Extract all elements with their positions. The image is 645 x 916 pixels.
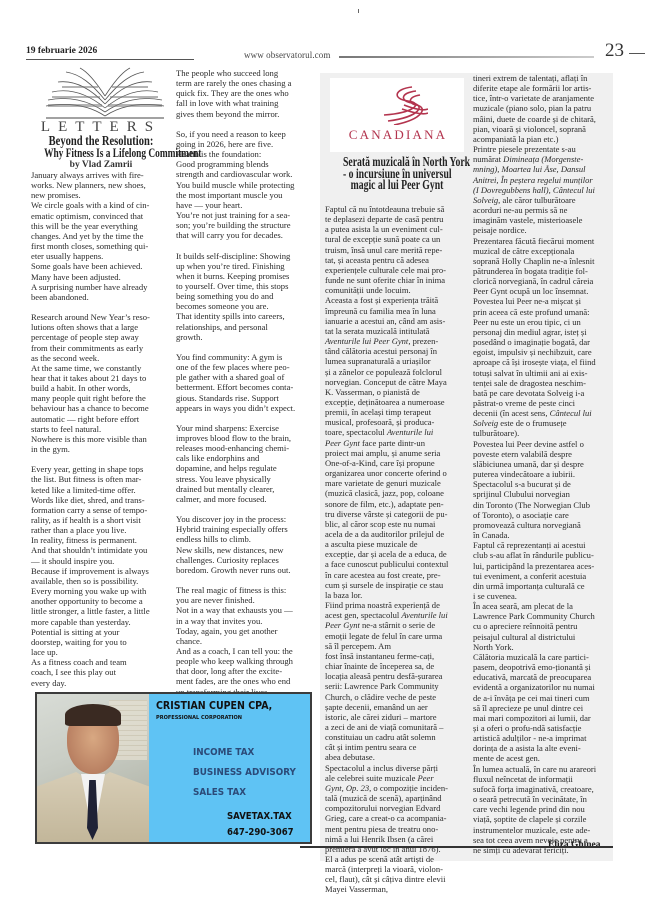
text-line: clorică norvegiană, în cadrul căreia bbox=[473, 276, 618, 286]
text-line: ematic optimism, convinced that bbox=[31, 211, 176, 221]
text-line: pasem, deopotrivă emo-ționantă și bbox=[473, 662, 618, 672]
text-line: soprană Holly Chaplin ne-a înlesnit bbox=[473, 256, 618, 266]
text-line: să îl aprecieze pe unul dintre cei bbox=[473, 703, 618, 713]
text-line: Peer Gynt ne-a stârnit o serie de bbox=[325, 620, 470, 630]
text-line: blic, al căror scop este nu numai bbox=[325, 519, 470, 529]
text-line: A surprising number have already bbox=[31, 282, 176, 292]
text-line: decenii (în acest sens, Cântecul lui bbox=[473, 408, 618, 418]
text-line: calmer, and more focused. bbox=[176, 494, 316, 504]
text-line: să îl percepem. Am bbox=[325, 641, 470, 651]
text-line: bată pe care devotata Solveig i-a bbox=[473, 388, 618, 398]
text-line: dopamine, and helps regulate bbox=[176, 463, 316, 473]
text-line: fost însă instantaneu ferme-cați, bbox=[325, 651, 470, 661]
text-line: egoist, impulsiv și nechibzuit, care bbox=[473, 347, 618, 357]
text-line: as the second week. bbox=[31, 353, 176, 363]
text-line: fluxul neîncetat de informații bbox=[473, 774, 618, 784]
text-line: tui eveniment, a conferit acestuia bbox=[473, 571, 618, 581]
hair-shape bbox=[65, 704, 121, 726]
text-line: strength and cardiovascular work. bbox=[176, 169, 316, 179]
text-line: Printre piesele prezentate s-au bbox=[473, 144, 618, 154]
text-line: North York. bbox=[473, 642, 618, 652]
text-line: tice, într-o varietate de aranjamente bbox=[473, 93, 618, 103]
advertiser-name: CRISTIAN CUPEN CPA, bbox=[156, 700, 272, 712]
text-line: aproape că își irosește viața, el fiind bbox=[473, 357, 618, 367]
text-line: So, if you need a reason to keep bbox=[176, 129, 316, 139]
text-line: challenges. Curiosity replaces bbox=[176, 555, 316, 565]
text-line: de a-i învăța pe cei mai tineri cum bbox=[473, 693, 618, 703]
text-line: cel, flaut), cât și câțiva dintre elevii bbox=[325, 874, 470, 884]
text-line: promovează cultura norvegiană bbox=[473, 520, 618, 530]
text-line: lace up. bbox=[31, 647, 176, 657]
text-line: every day. bbox=[31, 678, 176, 688]
paragraph-gap bbox=[176, 119, 316, 129]
text-line: that door, long after the excite- bbox=[176, 666, 316, 676]
divider bbox=[629, 53, 645, 54]
text-line: pătrunderea în bogata tradiție fol- bbox=[473, 266, 618, 276]
text-line: You build muscle while protecting bbox=[176, 180, 316, 190]
text-line: cât și intim pentru seara ce bbox=[325, 742, 470, 752]
text-line: musical, profesoară, și produca- bbox=[325, 417, 470, 427]
text-line: Nowhere is this more visible than bbox=[31, 434, 176, 444]
issue-date: 19 februarie 2026 bbox=[26, 46, 97, 56]
text-line: (I Dovregubbens hall), Cântecul lui bbox=[473, 185, 618, 195]
text-line: January always arrives with fire- bbox=[31, 170, 176, 180]
canadiana-swoosh-icon bbox=[374, 85, 428, 125]
text-line: păstrat-o vreme de peste cinci bbox=[473, 398, 618, 408]
text-line: tat la serata muzicală intitulată bbox=[325, 326, 470, 336]
text-line: behaviour has a chance to become bbox=[31, 403, 176, 413]
text-line: term are rarely the ones chasing a bbox=[176, 78, 316, 88]
title-line-2: Why Fitness Is a Lifelong Commitment bbox=[44, 147, 158, 159]
text-line: acorduri ne-au permis să ne bbox=[473, 205, 618, 215]
text-line: being something you do and bbox=[176, 291, 316, 301]
text-line: a asculta piese muzicale de bbox=[325, 539, 470, 549]
text-line: Grieg, care a creat-o ca acompania- bbox=[325, 813, 470, 823]
text-line: hear that it takes about 21 days to bbox=[31, 373, 176, 383]
text-line: puterea vindecătoare a iubirii. bbox=[473, 469, 618, 479]
text-line: Spectacolul a inclus diverse părți bbox=[325, 763, 470, 773]
service-sales-tax: SALES TAX bbox=[193, 787, 246, 798]
text-line: Gynt, Op. 23, o compoziție inciden- bbox=[325, 783, 470, 793]
paragraph-gap bbox=[31, 302, 176, 312]
text-line: that will carry you for decades. bbox=[176, 230, 316, 240]
canadiana-column-1: Faptul că nu întotdeauna trebuie săte de… bbox=[325, 204, 470, 895]
text-line: cum și sursele de inspirație ce stau bbox=[325, 580, 470, 590]
text-line: We circle goals with a kind of cin- bbox=[31, 200, 176, 210]
service-income-tax: INCOME TAX bbox=[193, 747, 254, 758]
text-line: cu o apreciere reînnoită pentru bbox=[473, 621, 618, 631]
text-line: ple gather with a shared goal of bbox=[176, 372, 316, 382]
text-line: Because if improvement is always bbox=[31, 566, 176, 576]
text-line: la baza lor. bbox=[325, 590, 470, 600]
canadiana-column-2: tineri extrem de talentați, aflați îndif… bbox=[473, 73, 618, 855]
text-line: You find community: A gym is bbox=[176, 352, 316, 362]
text-line: tenței sale de dragostea neschim- bbox=[473, 378, 618, 388]
text-line: this will be the year everything bbox=[31, 221, 176, 231]
text-line: Lawrence Park Community Church bbox=[473, 611, 618, 621]
text-line: available, then so is possibility. bbox=[31, 576, 176, 586]
text-line: lumea supranaturală a uriașilor bbox=[325, 356, 470, 366]
text-line: to yourself. Over time, this stops bbox=[176, 281, 316, 291]
text-line: Peer nu este un erou tipic, ci un bbox=[473, 317, 618, 327]
text-line: One-of-a-Kind, care își propune bbox=[325, 458, 470, 468]
text-line: muzical de către excepționala bbox=[473, 246, 618, 256]
text-line: norvegian. Conceput de către Maya bbox=[325, 377, 470, 387]
text-line: viață, șoptite de clapele și corzile bbox=[473, 814, 618, 824]
paragraph-gap bbox=[176, 413, 316, 423]
text-line: the most important muscle you bbox=[176, 190, 316, 200]
website-link[interactable]: www observatorul.com bbox=[244, 50, 330, 60]
text-line: În lumea actuală, în care nu arareori bbox=[473, 764, 618, 774]
text-line: educativă, marcată de preocuparea bbox=[473, 672, 618, 682]
text-line: In reality, fitness is permanent. bbox=[31, 535, 176, 545]
text-line: toare, spectacolul Aventurile lui bbox=[325, 427, 470, 437]
text-line: excepție, dar și acela de a educa, de bbox=[325, 549, 470, 559]
author-signature: Eliza Ghinea bbox=[548, 840, 601, 850]
text-line: works. New planners, new shoes, bbox=[31, 180, 176, 190]
divider bbox=[26, 59, 194, 60]
text-line: poveste etern valabilă despre bbox=[473, 449, 618, 459]
text-line: doorstep, waiting for you to bbox=[31, 637, 176, 647]
text-line: of Toronto), o asociație care bbox=[473, 510, 618, 520]
text-line: in the gym. bbox=[31, 444, 176, 454]
text-line: It builds self-discipline: Showing bbox=[176, 251, 316, 261]
text-line: posedând o imaginație bogată, dar bbox=[473, 337, 618, 347]
paragraph-gap bbox=[176, 342, 316, 352]
text-line: quick fix. They are the ones who bbox=[176, 88, 316, 98]
text-line: instrumentelor muzicale, este ade- bbox=[473, 825, 618, 835]
advertiser-website[interactable]: SAVETAX.TAX bbox=[227, 811, 292, 822]
text-line: the list. But fitness is often mar- bbox=[31, 474, 176, 484]
divider bbox=[339, 56, 594, 58]
text-line: Not in a way that exhausts you — bbox=[176, 605, 316, 615]
text-line: imaginăm vastele, misterioasele bbox=[473, 215, 618, 225]
text-line: — it should inspire you. bbox=[31, 556, 176, 566]
text-line: împreună cu familia mea în luna bbox=[325, 306, 470, 316]
text-line: locația aleasă pentru desfă-șurarea bbox=[325, 671, 470, 681]
text-line: emoții legate de felul în care urma bbox=[325, 631, 470, 641]
text-line: new promises. bbox=[31, 190, 176, 200]
letters-column-1: January always arrives with fire-works. … bbox=[31, 170, 176, 688]
text-line: stress. You leave physically bbox=[176, 474, 316, 484]
service-business-advisory: BUSINESS ADVISORY bbox=[193, 767, 296, 778]
text-line: lutions often shows that a large bbox=[31, 322, 176, 332]
text-line: Anitrei, În peștera regelui munților bbox=[473, 175, 618, 185]
text-line: marcă (interpreți la vioară, violon- bbox=[325, 864, 470, 874]
text-line: Povestea lui Peer ne-a mișcat și bbox=[473, 296, 618, 306]
text-line: people who keep walking through bbox=[176, 656, 316, 666]
text-line: The people who succeed long bbox=[176, 68, 316, 78]
paragraph-gap bbox=[176, 575, 316, 585]
text-line: New skills, new distances, new bbox=[176, 545, 316, 555]
text-line: drained but mentally clearer, bbox=[176, 484, 316, 494]
text-line: Potential is sitting at your bbox=[31, 627, 176, 637]
text-line: cals like endorphins and bbox=[176, 453, 316, 463]
text-line: Solveig este de o frumusețe bbox=[473, 418, 618, 428]
scan-mark bbox=[358, 9, 359, 13]
text-line: din Toronto (The Norwegian Club bbox=[473, 500, 618, 510]
advertiser-phone[interactable]: 647-290-3067 bbox=[227, 827, 294, 838]
text-line: slăbiciunea umană, dar și despre bbox=[473, 459, 618, 469]
text-line: sufocă forța imaginativă, creatoare, bbox=[473, 784, 618, 794]
cpa-advertisement[interactable]: CRISTIAN CUPEN CPA, PROFESSIONAL CORPORA… bbox=[35, 692, 312, 844]
text-line: Aventurile lui Peer Gynt, prezen- bbox=[325, 336, 470, 346]
text-line: experiențele culturale cele mai pro- bbox=[325, 265, 470, 275]
text-line: The real magic of fitness is this: bbox=[176, 585, 316, 595]
text-line: personaj din mediul agrar, isteț și bbox=[473, 327, 618, 337]
text-line: ale celebrei suite muzicale Peer bbox=[325, 773, 470, 783]
text-line: Aceasta a fost și experiența trăită bbox=[325, 295, 470, 305]
text-line: You’re not just training for a sea- bbox=[176, 210, 316, 220]
text-line: mning), Moartea lui Åse, Dansul bbox=[473, 164, 618, 174]
text-line: And as a coach, I can tell you: the bbox=[176, 646, 316, 656]
text-line: mâini, duete de coarde și de chitară, bbox=[473, 114, 618, 124]
text-line: appears in ways you didn’t expect. bbox=[176, 403, 316, 413]
text-line: first month closes, something qui- bbox=[31, 241, 176, 251]
text-line: coach, I see this play out bbox=[31, 667, 176, 677]
text-line: mente de acest gen. bbox=[473, 753, 618, 763]
text-line: mare varietate de genuri muzicale bbox=[325, 478, 470, 488]
text-line: funde ne sunt oferite chiar în inima bbox=[325, 275, 470, 285]
text-line: automatic — right before effort bbox=[31, 414, 176, 424]
canadiana-logo-text: CANADIANA bbox=[338, 127, 458, 143]
text-line: formation carry a sense of tempo- bbox=[31, 505, 176, 515]
text-line: sprijinul Clubului norvegian bbox=[473, 489, 618, 499]
text-line: endless hills to climb. bbox=[176, 534, 316, 544]
text-line: Every morning you wake up with bbox=[31, 586, 176, 596]
letters-column-2: The people who succeed longterm are rare… bbox=[176, 68, 316, 707]
text-line: premii, în același timp terapeut bbox=[325, 407, 470, 417]
text-line: boredom. Growth never runs out. bbox=[176, 565, 316, 575]
text-line: tru diverse vârste și categorii de pu- bbox=[325, 509, 470, 519]
text-line: diferite etape ale formării lor artis- bbox=[473, 83, 618, 93]
text-line: starts to feel natural. bbox=[31, 424, 176, 434]
text-line: another opportunity to become a bbox=[31, 596, 176, 606]
text-line: Mayei Vasserman, bbox=[325, 884, 470, 894]
text-line: gives them beyond the mirror. bbox=[176, 109, 316, 119]
text-line: going in 2026, here are five. bbox=[176, 139, 316, 149]
text-line: That identity spills into careers, bbox=[176, 311, 316, 321]
text-line: tând călătoria acestui personaj în bbox=[325, 346, 470, 356]
text-line: tineri extrem de talentați, aflați în bbox=[473, 73, 618, 83]
text-line: little stronger, a little faster, a litt… bbox=[31, 606, 176, 616]
text-line: care vechi legende prind din nou bbox=[473, 804, 618, 814]
page-header: 19 februarie 2026 www observatorul.com 2… bbox=[26, 20, 620, 60]
text-line: serii: Lawrence Park Community bbox=[325, 681, 470, 691]
text-line: rality, as if health is a short visit bbox=[31, 515, 176, 525]
text-line: lui, participând la prezentarea aces- bbox=[473, 561, 618, 571]
text-line: din urmă importanța culturală ce bbox=[473, 581, 618, 591]
text-line: ment fades, are the ones who end bbox=[176, 676, 316, 686]
text-line: up when you’re tired. Finishing bbox=[176, 261, 316, 271]
text-line: you are never finished. bbox=[176, 595, 316, 605]
text-line: rather than a place you live. bbox=[31, 525, 176, 535]
text-line: Peer Gynt face parte dintr-un bbox=[325, 438, 470, 448]
text-line: proiect mai amplu, și anume seria bbox=[325, 448, 470, 458]
text-line: many people quit right before the bbox=[31, 393, 176, 403]
text-line: a face cunoscut publicului contextul bbox=[325, 559, 470, 569]
text-line: truism, însă unul care merită repe- bbox=[325, 245, 470, 255]
text-line: Povestea lui Peer devine astfel o bbox=[473, 439, 618, 449]
text-line: improves blood flow to the brain, bbox=[176, 433, 316, 443]
text-line: Călătoria muzicală la care partici- bbox=[473, 652, 618, 662]
text-line: been abandoned. bbox=[31, 292, 176, 302]
text-line: Peer Gynt ocupă un loc însemnat. bbox=[473, 286, 618, 296]
text-line: chiar înainte de începerea sa, de bbox=[325, 661, 470, 671]
text-line: În acea seară, am plecat de la bbox=[473, 601, 618, 611]
advertiser-photo bbox=[37, 694, 149, 842]
text-line: Faptul că nu întotdeauna trebuie să bbox=[325, 204, 470, 214]
text-line: more capable than yesterday. bbox=[31, 617, 176, 627]
text-line: Words like diet, shred, and trans- bbox=[31, 495, 176, 505]
text-line: evidentă a organizatorilor nu numai bbox=[473, 682, 618, 692]
text-line: peisajul cultural al districtului bbox=[473, 632, 618, 642]
text-line: acompaniată la pian etc.) bbox=[473, 134, 618, 144]
text-line: compozitorului norvegian Edvard bbox=[325, 803, 470, 813]
text-line: You discover joy in the process: bbox=[176, 514, 316, 524]
text-line: Faptul că reprezentanți ai acestui bbox=[473, 540, 618, 550]
text-line: tat, și aceasta pentru că adesea bbox=[325, 255, 470, 265]
text-line: ment pentru piesa de treatru ono- bbox=[325, 824, 470, 834]
article-title: Beyond the Resolution: Why Fitness Is a … bbox=[22, 135, 180, 159]
byline: by Vlad Zamrii bbox=[26, 160, 176, 170]
text-line: eter usually happens. bbox=[31, 251, 176, 261]
text-line: Solveig, ale căror tulburătoare bbox=[473, 195, 618, 205]
text-line: betterment. Effort becomes conta- bbox=[176, 382, 316, 392]
text-line: te deplasezi departe de casă pentru bbox=[325, 214, 470, 224]
text-line: și a zânelor ce populează folclorul bbox=[325, 367, 470, 377]
text-line: tulburătoare). bbox=[473, 428, 618, 438]
text-line: Every year, getting in shape tops bbox=[31, 464, 176, 474]
text-line: becomes someone you are. bbox=[176, 301, 316, 311]
text-line: build a habit. In other words, bbox=[31, 383, 176, 393]
divider bbox=[300, 846, 613, 848]
text-line: în care acestea au fost create, pre- bbox=[325, 570, 470, 580]
text-line: Some goals have been achieved. bbox=[31, 261, 176, 271]
text-line: K. Vasserman, o pianistă de bbox=[325, 387, 470, 397]
text-line: club s-au aflat în rândurile publicu- bbox=[473, 550, 618, 560]
text-line: prin aceea că este profund umană: bbox=[473, 307, 618, 317]
text-line: relationships, and personal bbox=[176, 322, 316, 332]
text-line: comunității unde locuim. bbox=[325, 285, 470, 295]
text-line: acela de a da auditorilor prilejul de bbox=[325, 529, 470, 539]
text-line: Prezentarea făcută fiecărui moment bbox=[473, 236, 618, 246]
text-line: releases mood-enhancing chemi- bbox=[176, 443, 316, 453]
paragraph-gap bbox=[176, 504, 316, 514]
text-line: El a adus pe scenă atât artiști de bbox=[325, 854, 470, 864]
article-title: Serată muzicală în North York - o incurs… bbox=[322, 156, 472, 191]
text-line: i se cuvenea. bbox=[473, 591, 618, 601]
text-line: muzicale (piano solo, pian la patru bbox=[473, 103, 618, 113]
text-line: have — your heart. bbox=[176, 200, 316, 210]
text-line: numărat Dimineața (Morgenste- bbox=[473, 154, 618, 164]
text-line: Hybrid training especially offers bbox=[176, 524, 316, 534]
text-line: sonore de film, etc.), adaptate pen- bbox=[325, 499, 470, 509]
text-line: changes. And yet by the time the bbox=[31, 231, 176, 241]
text-line: mai mari compozitori ai lumii, dar bbox=[473, 713, 618, 723]
text-line: As a fitness coach and team bbox=[31, 657, 176, 667]
text-line: one of the few places where peo- bbox=[176, 362, 316, 372]
text-line: Today, again, you get another bbox=[176, 626, 316, 636]
text-line: organizarea unor concerte oferind o bbox=[325, 468, 470, 478]
text-line: Fiind prima noastră experiență de bbox=[325, 600, 470, 610]
text-line: And that shouldn’t intimidate you bbox=[31, 545, 176, 555]
text-line: ianuarie a acestui an, când am asis- bbox=[325, 316, 470, 326]
text-line: when it burns. Keeping promises bbox=[176, 271, 316, 281]
text-line: in a way that invites you. bbox=[176, 616, 316, 626]
text-line: a zeci de ani de viață comunitară – bbox=[325, 722, 470, 732]
text-line: excepție, deținătoarea a numeroase bbox=[325, 397, 470, 407]
text-line: percentage of people step away bbox=[31, 332, 176, 342]
text-line: (muzică clasică, jazz, pop, coloane bbox=[325, 488, 470, 498]
text-line: gious. Standards rise. Support bbox=[176, 393, 316, 403]
text-line: și a oferi o profu-ndă satisfacție bbox=[473, 723, 618, 733]
text-line: dorința de a asista la alte eveni- bbox=[473, 743, 618, 753]
text-line: Good programming blends bbox=[176, 159, 316, 169]
text-line: tural de excepție sună poate ca un bbox=[325, 234, 470, 244]
text-line: At the same time, we constantly bbox=[31, 363, 176, 373]
text-line: peisaje nordice. bbox=[473, 225, 618, 235]
text-line: chance. bbox=[176, 636, 316, 646]
paragraph-gap bbox=[31, 454, 176, 464]
text-line: a putea asista la un eveniment cul- bbox=[325, 224, 470, 234]
text-line: în Canada. bbox=[473, 530, 618, 540]
text-line: keted like a limited-time offer. bbox=[31, 485, 176, 495]
text-line: growth. bbox=[176, 332, 316, 342]
text-line: o seară petrecută în vecinătate, în bbox=[473, 794, 618, 804]
text-line: totuși salvat în ultimii ani ai exis- bbox=[473, 368, 618, 378]
text-line: son; you’re building the structure bbox=[176, 220, 316, 230]
open-book-icon bbox=[40, 66, 170, 120]
text-line: Health is the foundation: bbox=[176, 149, 316, 159]
text-line: tală (muzică de scenă), aparținând bbox=[325, 793, 470, 803]
text-line: acest gen, spectacolul Aventurile lui bbox=[325, 610, 470, 620]
text-line: Many have been adjusted. bbox=[31, 272, 176, 282]
text-line: pian, vioară și violoncel, soprană bbox=[473, 124, 618, 134]
title-line-3: magic al lui Peer Gynt bbox=[343, 179, 451, 191]
paragraph-gap bbox=[176, 241, 316, 251]
text-line: Research around New Year’s reso- bbox=[31, 312, 176, 322]
text-line: fall in love with what training bbox=[176, 98, 316, 108]
text-line: abea debutase. bbox=[325, 752, 470, 762]
text-line: from their commitments as early bbox=[31, 343, 176, 353]
text-line: nimă a lui Henrik Ibsen (a cărei bbox=[325, 834, 470, 844]
text-line: Church, o clădire veche de peste bbox=[325, 692, 470, 702]
advertiser-subtitle: PROFESSIONAL CORPORATION bbox=[156, 715, 242, 721]
text-line: constituiau un cadru atât solemn bbox=[325, 732, 470, 742]
text-line: Spectacolul s-a bucurat și de bbox=[473, 479, 618, 489]
text-line: istoric, ale cărei ziduri – martore bbox=[325, 712, 470, 722]
page-number: 23 bbox=[605, 40, 624, 62]
text-line: Your mind sharpens: Exercise bbox=[176, 423, 316, 433]
text-line: artistică adulților - ne-a imprimat bbox=[473, 733, 618, 743]
text-line: șapte decenii, emanând un aer bbox=[325, 702, 470, 712]
